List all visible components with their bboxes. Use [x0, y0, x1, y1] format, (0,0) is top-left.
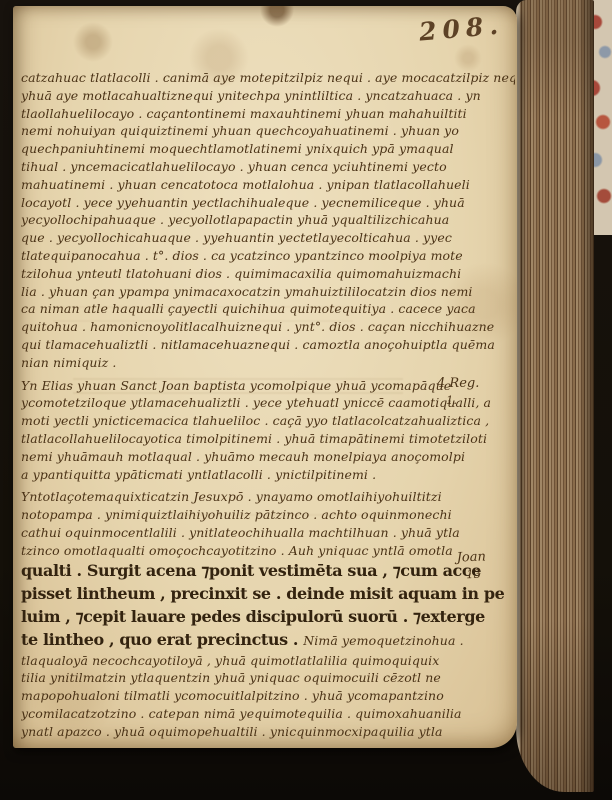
nahuatl-text-segment: yhuā aye motlacahualtiznequi ynitechpa y… — [21, 88, 481, 103]
nahuatl-text-segment: lia . yhuan çan ypampa ynimacaxocatzin y… — [21, 284, 473, 299]
nahuatl-text-segment: notopampa . ynimiquiztlaihiyohuiliz pātz… — [21, 507, 452, 522]
text-line: ycomilacatzotzino . catepan nimā yequimo… — [21, 704, 515, 722]
text-line: que . yecyollochicahuaque . yyehuantin y… — [21, 228, 515, 246]
nahuatl-text-segment: ycomotetziloque ytlamacehualiztli . yece… — [21, 395, 491, 410]
text-line: nian nimiquiz . — [21, 353, 515, 371]
text-line: tlatequipanocahua . t°. dios . ca ycatzi… — [21, 246, 515, 264]
nahuatl-text-segment: catzahuac tlatlacolli . canimā aye motep… — [21, 70, 515, 85]
text-line: luim , ⁊cepit lauare pedes discipulorū s… — [21, 605, 515, 628]
nahuatl-text-segment: tlatlacollahuelilocayotica timolpitinemi… — [21, 431, 487, 446]
margin-note-ref: Joan — [456, 550, 486, 567]
nahuatl-text-segment: nian nimiquiz . — [21, 355, 117, 370]
nahuatl-text-segment: nemi yhuāmauh motlaqual . yhuāmo mecauh … — [21, 449, 465, 464]
nahuatl-text-segment: tlaollahuelilocayo . caçantontinemi maxa… — [21, 106, 467, 121]
text-line: Yntotlaçotemaquixticatzin Jesuxpō . ynay… — [21, 487, 515, 505]
nahuatl-text-segment: Nimā yemoquetzinohua . — [303, 633, 463, 648]
text-line: qualti . Surgit acena ⁊ponit vestimēta s… — [21, 559, 515, 582]
nahuatl-text-segment: tilia ynitilmatzin ytlaquentzin yhuā yni… — [21, 670, 441, 685]
paragraph: catzahuac tlatlacolli . canimā aye motep… — [21, 68, 515, 371]
text-line: yecyollochipahuaque . yecyollotlapapacti… — [21, 210, 515, 228]
nahuatl-text-segment: quechpaniuhtinemi moquechtlamotlatinemi … — [21, 141, 454, 156]
text-line: lia . yhuan çan ypampa ynimacaxocatzin y… — [21, 282, 515, 300]
nahuatl-text-segment: tlatequipanocahua . t°. dios . ca ycatzi… — [21, 248, 463, 263]
text-line: pisset lintheum , precinxit se . deinde … — [21, 582, 515, 605]
latin-text-segment: qualti . Surgit acena ⁊ponit vestimēta s… — [21, 561, 481, 580]
nahuatl-text-segment: tlaqualoyā necochcayotiloyā , yhuā quimo… — [21, 653, 439, 668]
text-line: tlaqualoyā necochcayotiloyā , yhuā quimo… — [21, 651, 515, 669]
nahuatl-text-segment: Yntotlaçotemaquixticatzin Jesuxpō . ynay… — [21, 489, 442, 504]
text-line: a ypantiquitta ypāticmati yntlatlacolli … — [21, 465, 515, 483]
margin-note-ref: 4 Reg. — [437, 376, 479, 392]
nahuatl-text-segment: quitohua . hamonicnoyolitlacalhuiznequi … — [21, 319, 494, 334]
text-line: mahuatinemi . yhuan cencatotoca motlaloh… — [21, 175, 515, 193]
text-line: ca niman atle haqualli çayectli quichihu… — [21, 299, 515, 317]
margin-note-verse: 13 — [457, 565, 487, 582]
nahuatl-text-segment: mahuatinemi . yhuan cencatotoca motlaloh… — [21, 177, 470, 192]
nahuatl-text-segment: yecyollochipahuaque . yecyollotlapapacti… — [21, 212, 449, 227]
manuscript-page: 208. catzahuac tlatlacolli . canimā aye … — [13, 6, 517, 748]
text-line: tihual . yncemacicatlahuelilocayo . yhua… — [21, 157, 515, 175]
text-line: yhuā aye motlacahualtiznequi ynitechpa y… — [21, 86, 515, 104]
text-line: quitohua . hamonicnoyolitlacalhuiznequi … — [21, 317, 515, 335]
nahuatl-text-segment: qui tlamacehualiztli . nitlamacehuaznequ… — [21, 337, 495, 352]
nahuatl-text-segment: Yn Elias yhuan Sanct Joan baptista ycomo… — [21, 378, 451, 393]
paragraph: Yntotlaçotemaquixticatzin Jesuxpō . ynay… — [21, 487, 515, 739]
nahuatl-text-segment: ynatl apazco . yhuā oquimopehualtili . y… — [21, 724, 443, 739]
latin-text-segment: luim , ⁊cepit lauare pedes discipulorū s… — [21, 607, 485, 626]
nahuatl-text-segment: ca niman atle haqualli çayectli quichihu… — [21, 301, 476, 316]
text-line: tlatlacollahuelilocayotica timolpitinemi… — [21, 429, 515, 447]
nahuatl-text-segment: tzilohua ynteutl tlatohuani dios . quimi… — [21, 266, 461, 281]
latin-text-segment: pisset lintheum , precinxit se . deinde … — [21, 584, 504, 603]
text-line: nemi yhuāmauh motlaqual . yhuāmo mecauh … — [21, 447, 515, 465]
margin-note-4reg: 4 Reg. 1. — [437, 376, 479, 408]
folio-number: 208. — [418, 10, 505, 46]
margin-note-verse: 1. — [437, 392, 479, 408]
text-line: locayotl . yece yyehuantin yectlachihual… — [21, 193, 515, 211]
latin-text-segment: te lintheo , quo erat precinctus . — [21, 630, 303, 649]
text-line: qui tlamacehualiztli . nitlamacehuaznequ… — [21, 335, 515, 353]
nahuatl-text-segment: tihual . yncemacicatlahuelilocayo . yhua… — [21, 159, 447, 174]
nahuatl-text-segment: que . yecyollochicahuaque . yyehuantin y… — [21, 230, 452, 245]
margin-note-joan: Joan 13 — [456, 550, 486, 583]
nahuatl-text-segment: ycomilacatzotzino . catepan nimā yequimo… — [21, 706, 462, 721]
text-line: mapopohualoni tilmatli ycomocuitlalpitzi… — [21, 686, 515, 704]
text-line: quechpaniuhtinemi moquechtlamotlatinemi … — [21, 139, 515, 157]
text-line: tlaollahuelilocayo . caçantontinemi maxa… — [21, 104, 515, 122]
nahuatl-text-segment: nemi nohuiyan quiquiztinemi yhuan quechc… — [21, 123, 459, 138]
nahuatl-text-segment: tzinco omotlaqualti omoçochcayotitzino .… — [21, 543, 453, 558]
text-line: moti yectli ynicticemacica tlahueliloc .… — [21, 411, 515, 429]
text-line: tilia ynitilmatzin ytlaquentzin yhuā yni… — [21, 668, 515, 686]
nahuatl-text-segment: a ypantiquitta ypāticmati yntlatlacolli … — [21, 467, 376, 482]
text-line: tzinco omotlaqualti omoçochcayotitzino .… — [21, 541, 515, 559]
text-line: nemi nohuiyan quiquiztinemi yhuan quechc… — [21, 121, 515, 139]
nahuatl-text-segment: locayotl . yece yyehuantin yectlachihual… — [21, 195, 465, 210]
text-line: notopampa . ynimiquiztlaihiyohuiliz pātz… — [21, 505, 515, 523]
nahuatl-text-segment: mapopohualoni tilmatli ycomocuitlalpitzi… — [21, 688, 444, 703]
book-photo: 208. catzahuac tlatlacolli . canimā aye … — [0, 0, 612, 800]
text-line: catzahuac tlatlacolli . canimā aye motep… — [21, 68, 515, 86]
text-line: tzilohua ynteutl tlatohuani dios . quimi… — [21, 264, 515, 282]
text-line: te lintheo , quo erat precinctus . Nimā … — [21, 628, 515, 651]
nahuatl-text-segment: cathui oquinmocentlalili . ynitlateochih… — [21, 525, 460, 540]
nahuatl-text-segment: moti yectli ynicticemacica tlahueliloc .… — [21, 413, 489, 428]
text-line: cathui oquinmocentlalili . ynitlateochih… — [21, 523, 515, 541]
text-line: ynatl apazco . yhuā oquimopehualtili . y… — [21, 722, 515, 740]
fore-edge-page-stack — [516, 0, 594, 792]
